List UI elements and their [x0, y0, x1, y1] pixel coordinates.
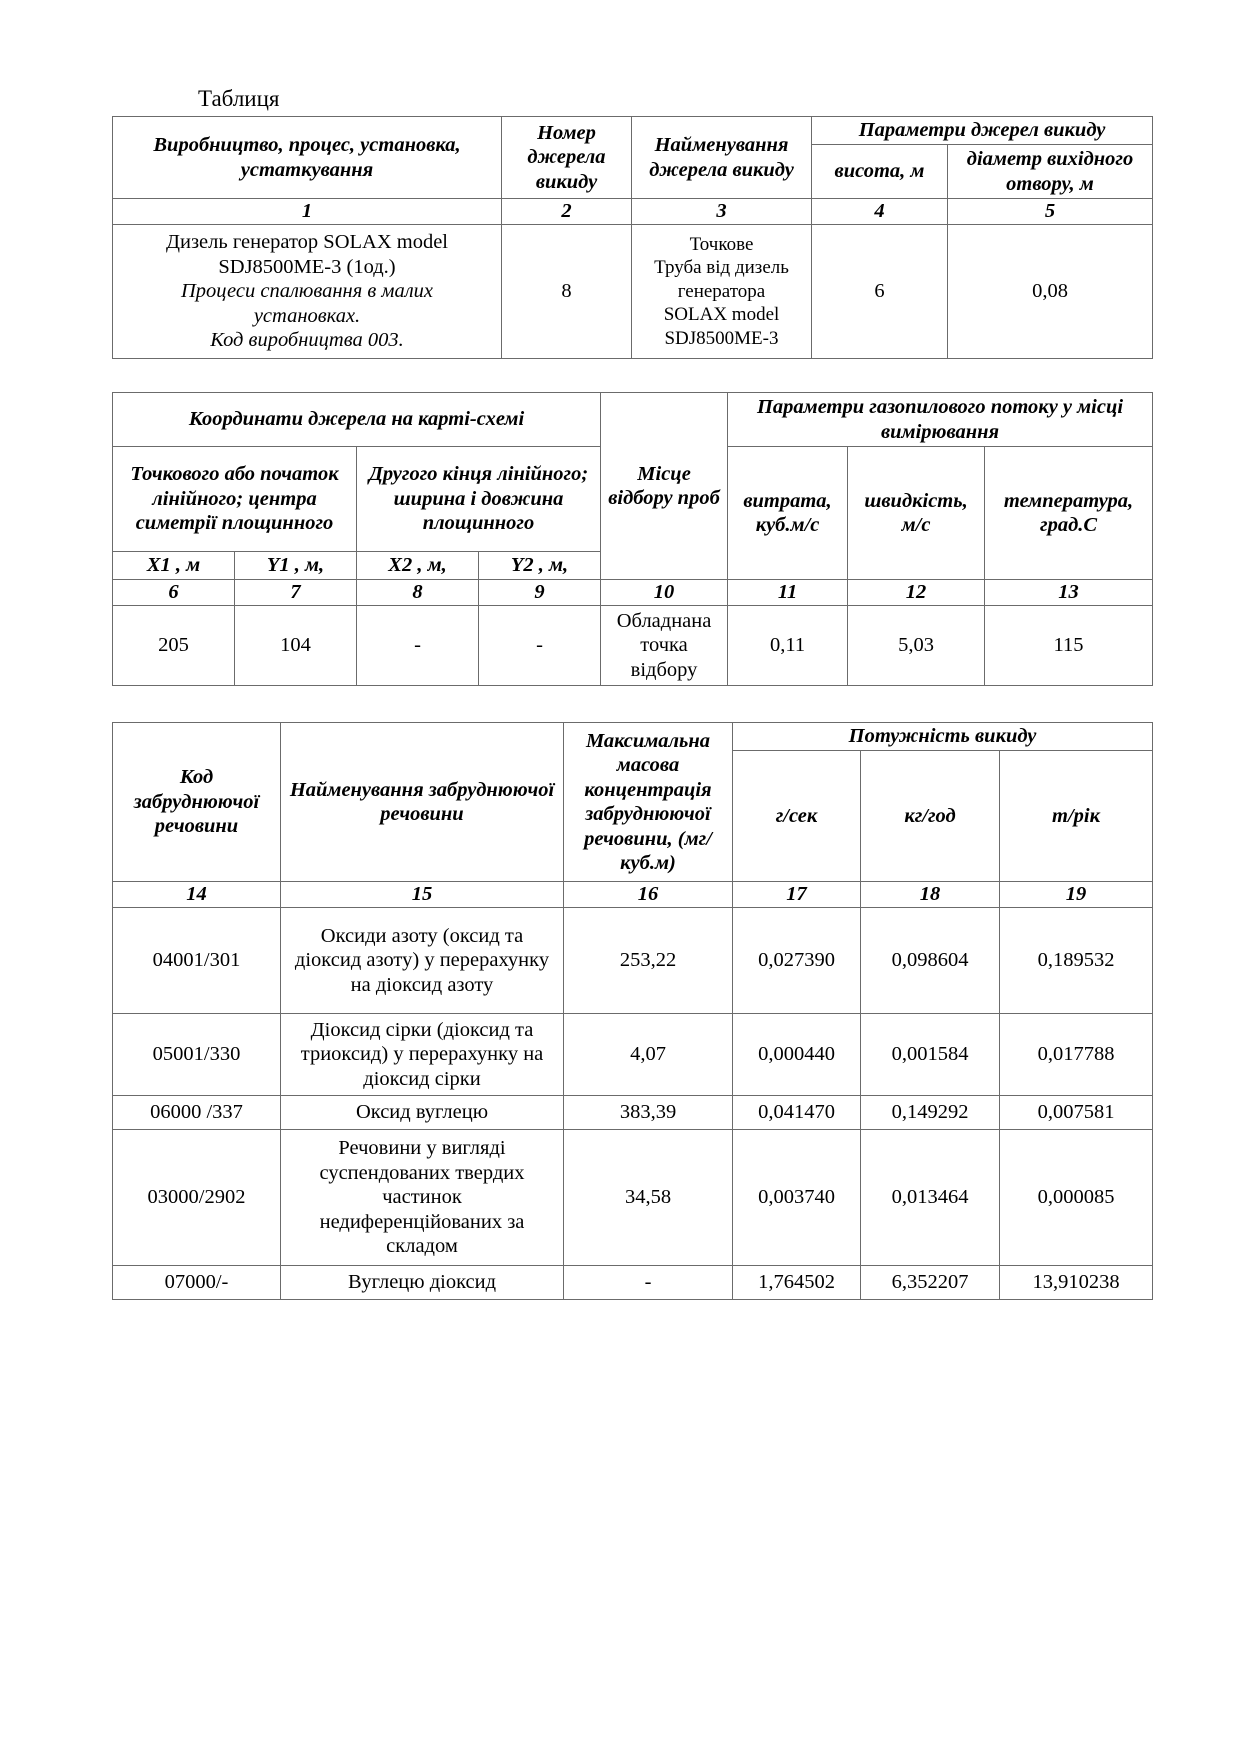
equipment-text: Дизель генератор SOLAX model: [117, 230, 497, 255]
header-name: Найменування забруднюючої речовини: [281, 723, 564, 882]
col-num: 1: [113, 199, 502, 225]
source-name-line: генератора: [636, 280, 807, 304]
cell-kg-hour: 6,352207: [861, 1266, 1000, 1300]
header-velocity: швидкість, м/с: [848, 447, 985, 580]
col-num: 11: [728, 580, 848, 606]
cell-x2: -: [357, 606, 479, 686]
cell-source-name: Точкове Труба від дизель генератора SOLA…: [632, 225, 812, 359]
table-caption: Таблиця: [198, 86, 280, 112]
header-code: Код забруднюючої речовини: [113, 723, 281, 882]
cell-kg-hour: 0,098604: [861, 908, 1000, 1014]
col-num: 16: [564, 882, 733, 908]
cell-max-conc: 383,39: [564, 1096, 733, 1130]
cell-g-sec: 0,027390: [733, 908, 861, 1014]
source-name-line: Труба від дизель: [636, 256, 807, 280]
source-name-line: Точкове: [636, 233, 807, 257]
cell-diameter: 0,08: [948, 225, 1153, 359]
cell-code: 05001/330: [113, 1014, 281, 1096]
col-num: 5: [948, 199, 1153, 225]
cell-kg-hour: 0,013464: [861, 1130, 1000, 1266]
cell-t-year: 13,910238: [1000, 1266, 1153, 1300]
cell-t-year: 0,017788: [1000, 1014, 1153, 1096]
process-text: установках.: [117, 304, 497, 329]
cell-y1: 104: [235, 606, 357, 686]
cell-g-sec: 0,000440: [733, 1014, 861, 1096]
col-num: 9: [479, 580, 601, 606]
sampling-line: Обладнана: [605, 609, 723, 634]
process-code-text: Код виробництва 003.: [117, 328, 497, 353]
column-number-row: 14 15 16 17 18 19: [113, 882, 1153, 908]
table-row: 04001/301 Оксиди азоту (оксид та діоксид…: [113, 908, 1153, 1014]
cell-code: 03000/2902: [113, 1130, 281, 1266]
table-row: 205 104 - - Обладнана точка відбору 0,11…: [113, 606, 1153, 686]
emission-source-table: Виробництво, процес, установка, устаткув…: [112, 116, 1153, 359]
cell-production: Дизель генератор SOLAX model SDJ8500ME-3…: [113, 225, 502, 359]
cell-flow-rate: 0,11: [728, 606, 848, 686]
header-y2: Y2 , м,: [479, 552, 601, 580]
col-num: 12: [848, 580, 985, 606]
equipment-text: SDJ8500ME-3 (1од.): [117, 255, 497, 280]
col-num: 18: [861, 882, 1000, 908]
cell-max-conc: 4,07: [564, 1014, 733, 1096]
cell-t-year: 0,189532: [1000, 908, 1153, 1014]
source-name-line: SOLAX model: [636, 303, 807, 327]
header-coords: Координати джерела на карті-схемі: [113, 393, 601, 447]
cell-kg-hour: 0,001584: [861, 1014, 1000, 1096]
col-num: 14: [113, 882, 281, 908]
cell-name: Оксиди азоту (оксид та діоксид азоту) у …: [281, 908, 564, 1014]
cell-x1: 205: [113, 606, 235, 686]
header-t-year: т/рік: [1000, 751, 1153, 882]
cell-name: Вуглецю діоксид: [281, 1266, 564, 1300]
column-number-row: 1 2 3 4 5: [113, 199, 1153, 225]
column-number-row: 6 7 8 9 10 11 12 13: [113, 580, 1153, 606]
header-source-number: Номер джерела викиду: [502, 117, 632, 199]
header-x1: X1 , м: [113, 552, 235, 580]
header-y1: Y1 , м,: [235, 552, 357, 580]
table-row: 07000/- Вуглецю діоксид - 1,764502 6,352…: [113, 1266, 1153, 1300]
header-flow-params: Параметри газопилового потоку у місці ви…: [728, 393, 1153, 447]
header-emission-power: Потужність викиду: [733, 723, 1153, 751]
cell-g-sec: 0,003740: [733, 1130, 861, 1266]
table-row: 03000/2902 Речовини у вигляді суспендова…: [113, 1130, 1153, 1266]
cell-name: Оксид вуглецю: [281, 1096, 564, 1130]
source-name-line: SDJ8500ME-3: [636, 327, 807, 351]
cell-g-sec: 1,764502: [733, 1266, 861, 1300]
sampling-line: точка: [605, 633, 723, 658]
header-flow-rate: витрата, куб.м/с: [728, 447, 848, 580]
header-point-coords: Точкового або початок лінійного; центра …: [113, 447, 357, 552]
table-row: 06000 /337 Оксид вуглецю 383,39 0,041470…: [113, 1096, 1153, 1130]
col-num: 6: [113, 580, 235, 606]
cell-source-number: 8: [502, 225, 632, 359]
pollutant-emission-table: Код забруднюючої речовини Найменування з…: [112, 722, 1153, 1300]
header-x2: X2 , м,: [357, 552, 479, 580]
cell-code: 06000 /337: [113, 1096, 281, 1130]
cell-t-year: 0,000085: [1000, 1130, 1153, 1266]
col-num: 19: [1000, 882, 1153, 908]
cell-name: Речовини у вигляді суспендованих твердих…: [281, 1130, 564, 1266]
header-max-conc: Максимальна масова концентрація забрудню…: [564, 723, 733, 882]
header-height: висота, м: [812, 145, 948, 199]
col-num: 2: [502, 199, 632, 225]
col-num: 13: [985, 580, 1153, 606]
cell-code: 04001/301: [113, 908, 281, 1014]
header-production: Виробництво, процес, установка, устаткув…: [113, 117, 502, 199]
cell-code: 07000/-: [113, 1266, 281, 1300]
header-source-name: Найменування джерела викиду: [632, 117, 812, 199]
cell-t-year: 0,007581: [1000, 1096, 1153, 1130]
table-row: Дизель генератор SOLAX model SDJ8500ME-3…: [113, 225, 1153, 359]
header-sampling: Місце відбору проб: [601, 393, 728, 580]
cell-sampling: Обладнана точка відбору: [601, 606, 728, 686]
cell-max-conc: 34,58: [564, 1130, 733, 1266]
col-num: 17: [733, 882, 861, 908]
header-kg-hour: кг/год: [861, 751, 1000, 882]
cell-temperature: 115: [985, 606, 1153, 686]
header-temperature: температура, град.С: [985, 447, 1153, 580]
col-num: 10: [601, 580, 728, 606]
cell-kg-hour: 0,149292: [861, 1096, 1000, 1130]
cell-max-conc: -: [564, 1266, 733, 1300]
col-num: 3: [632, 199, 812, 225]
sampling-line: відбору: [605, 658, 723, 683]
header-diameter: діаметр вихідного отвору, м: [948, 145, 1153, 199]
process-text: Процеси спалювання в малих: [117, 279, 497, 304]
cell-velocity: 5,03: [848, 606, 985, 686]
cell-height: 6: [812, 225, 948, 359]
table-row: 05001/330 Діоксид сірки (діоксид та трио…: [113, 1014, 1153, 1096]
header-end-coords: Другого кінця лінійного; ширина і довжин…: [357, 447, 601, 552]
header-g-sec: г/сек: [733, 751, 861, 882]
cell-g-sec: 0,041470: [733, 1096, 861, 1130]
col-num: 4: [812, 199, 948, 225]
header-source-params: Параметри джерел викиду: [812, 117, 1153, 145]
col-num: 15: [281, 882, 564, 908]
coordinates-flow-table: Координати джерела на карті-схемі Місце …: [112, 392, 1153, 686]
cell-name: Діоксид сірки (діоксид та триоксид) у пе…: [281, 1014, 564, 1096]
cell-max-conc: 253,22: [564, 908, 733, 1014]
cell-y2: -: [479, 606, 601, 686]
col-num: 7: [235, 580, 357, 606]
col-num: 8: [357, 580, 479, 606]
